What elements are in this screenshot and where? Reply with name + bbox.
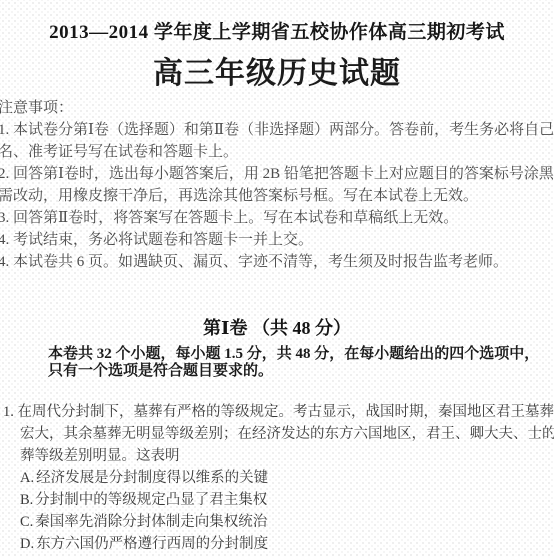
option-b: B.分封制中的等级规定凸显了君主集权	[20, 489, 554, 511]
option-d: D.东方六国仍严格遵行西周的分封制度	[20, 533, 554, 555]
notice-heading: 注意事项：	[0, 97, 554, 119]
option-text: 经济发展是分封制度得以维系的关键	[36, 470, 268, 486]
section-intro-line: 只有一个选项是符合题目要求的。	[48, 363, 554, 380]
option-text: 东方六国仍严格遵行西周的分封制度	[36, 536, 268, 552]
question-1: 1. 在周代分封制下，墓葬有严格的等级规定。考古显示，战国时期，秦国地区君王墓葬…	[3, 401, 554, 555]
notice-line: 需改动，用橡皮擦干净后，再选涂其他答案标号框。写在本试卷上无效。	[0, 185, 554, 207]
option-label: D.	[20, 536, 34, 552]
option-label: B.	[20, 492, 33, 508]
option-c: C.秦国率先消除分封体制走向集权统治	[20, 511, 554, 533]
notice-section: 注意事项： 1. 本试卷分第Ⅰ卷（选择题）和第Ⅱ卷（非选择题）两部分。答卷前，考…	[0, 97, 554, 273]
notice-line: 4. 本试卷共 6 页。如遇缺页、漏页、字迹不清等，考生须及时报告监考老师。	[0, 251, 554, 273]
notice-line: 名、准考证号写在试卷和答题卡上。	[0, 141, 554, 163]
exam-paper-page: 2013—2014 学年度上学期省五校协作体高三期初考试 高三年级历史试题 注意…	[0, 0, 554, 556]
option-label: A.	[20, 470, 34, 486]
exam-session-line: 2013—2014 学年度上学期省五校协作体高三期初考试	[0, 17, 554, 44]
option-a: A.经济发展是分封制度得以维系的关键	[20, 467, 554, 489]
notice-line: 2. 回答第Ⅰ卷时，选出每小题答案后，用 2B 铅笔把答题卡上对应题目的答案标号…	[0, 163, 554, 185]
notice-line: 1. 本试卷分第Ⅰ卷（选择题）和第Ⅱ卷（非选择题）两部分。答卷前，考生务必将自己…	[0, 119, 554, 141]
section-intro-line: 本卷共 32 个小题，每小题 1.5 分，共 48 分，在每小题给出的四个选项中…	[48, 346, 554, 363]
section-title: 第Ⅰ卷 （共 48 分）	[0, 314, 554, 340]
option-text: 分封制中的等级规定凸显了君主集权	[35, 492, 267, 508]
exam-title: 高三年级历史试题	[0, 48, 554, 92]
option-text: 秦国率先消除分封体制走向集权统治	[35, 514, 267, 530]
option-label: C.	[20, 514, 33, 530]
question-stem-line: 葬等级差别明显。这表明	[20, 445, 554, 467]
section-intro: 本卷共 32 个小题，每小题 1.5 分，共 48 分，在每小题给出的四个选项中…	[48, 346, 554, 380]
question-stem-line: 宏大，其余墓葬无明显等级差别；在经济发达的东方六国地区，君王、卿大夫、士的墓	[20, 423, 554, 445]
notice-line: 3. 回答第Ⅱ卷时，将答案写在答题卡上。写在本试卷和草稿纸上无效。	[0, 207, 554, 229]
question-stem-line: 1. 在周代分封制下，墓葬有严格的等级规定。考古显示，战国时期，秦国地区君王墓葬…	[3, 401, 554, 423]
notice-line: 4. 考试结束，务必将试题卷和答题卡一并上交。	[0, 229, 554, 251]
